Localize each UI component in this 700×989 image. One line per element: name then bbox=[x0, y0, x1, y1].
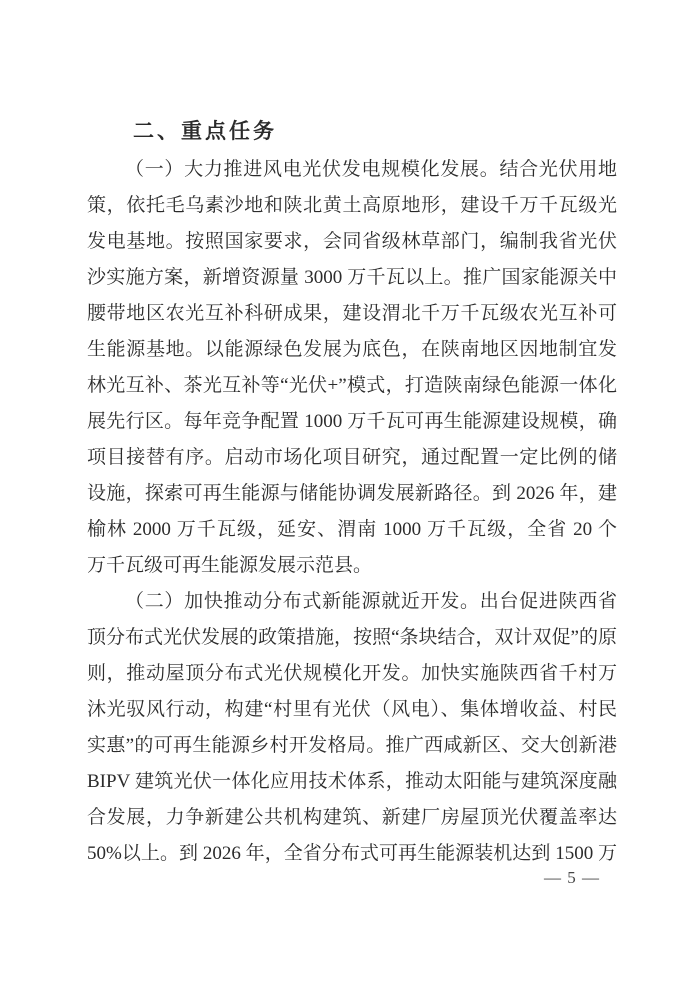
text-line: 榆林 2000 万千瓦级，延安、渭南 1000 万千瓦级，全省 20 个 100 bbox=[87, 512, 617, 548]
document-body: 二、重点任务 （一）大力推进风电光伏发电规模化发展。结合光伏用地政 策，依托毛乌… bbox=[87, 112, 617, 872]
text-line: （二）加快推动分布式新能源就近开发。出台促进陕西省屋 bbox=[87, 584, 617, 620]
text-line: 生能源基地。以能源绿色发展为底色，在陕南地区因地制宜发展 bbox=[87, 332, 617, 368]
text-line: 展先行区。每年竞争配置 1000 万千瓦可再生能源建设规模，确保 bbox=[87, 404, 617, 440]
section-heading: 二、重点任务 bbox=[87, 112, 617, 152]
text-line: 发电基地。按照国家要求，会同省级林草部门，编制我省光伏治 bbox=[87, 224, 617, 260]
text-line: 50%以上。到 2026 年，全省分布式可再生能源装机达到 1500 万 bbox=[87, 836, 617, 872]
text-line: 则，推动屋顶分布式光伏规模化开发。加快实施陕西省千村万户 bbox=[87, 656, 617, 692]
text-line: 腰带地区农光互补科研成果，建设渭北千万千瓦级农光互补可再 bbox=[87, 296, 617, 332]
page-number: — 5 — bbox=[544, 866, 600, 890]
text-line: 顶分布式光伏发展的政策措施，按照“条块结合，双计双促”的原 bbox=[87, 620, 617, 656]
text-line: 设施，探索可再生能源与储能协调发展新路径。到 2026 年，建成 bbox=[87, 476, 617, 512]
text-line: 项目接替有序。启动市场化项目研究，通过配置一定比例的储能 bbox=[87, 440, 617, 476]
text-line: 沙实施方案，新增资源量 3000 万千瓦以上。推广国家能源关中旱 bbox=[87, 260, 617, 296]
text-line: 实惠”的可再生能源乡村开发格局。推广西咸新区、交大创新港等 bbox=[87, 728, 617, 764]
document-page: 二、重点任务 （一）大力推进风电光伏发电规模化发展。结合光伏用地政 策，依托毛乌… bbox=[0, 0, 700, 989]
text-line: 沐光驭风行动，构建“村里有光伏（风电）、集体增收益、村民得 bbox=[87, 692, 617, 728]
text-line: BIPV 建筑光伏一体化应用技术体系，推动太阳能与建筑深度融 bbox=[87, 764, 617, 800]
text-line: 策，依托毛乌素沙地和陕北黄土高原地形，建设千万千瓦级光伏 bbox=[87, 188, 617, 224]
text-line: 林光互补、茶光互补等“光伏+”模式，打造陕南绿色能源一体化发 bbox=[87, 368, 617, 404]
text-line: 合发展，力争新建公共机构建筑、新建厂房屋顶光伏覆盖率达到 bbox=[87, 800, 617, 836]
text-line: （一）大力推进风电光伏发电规模化发展。结合光伏用地政 bbox=[87, 152, 617, 188]
text-line: 万千瓦级可再生能源发展示范县。 bbox=[87, 548, 617, 584]
